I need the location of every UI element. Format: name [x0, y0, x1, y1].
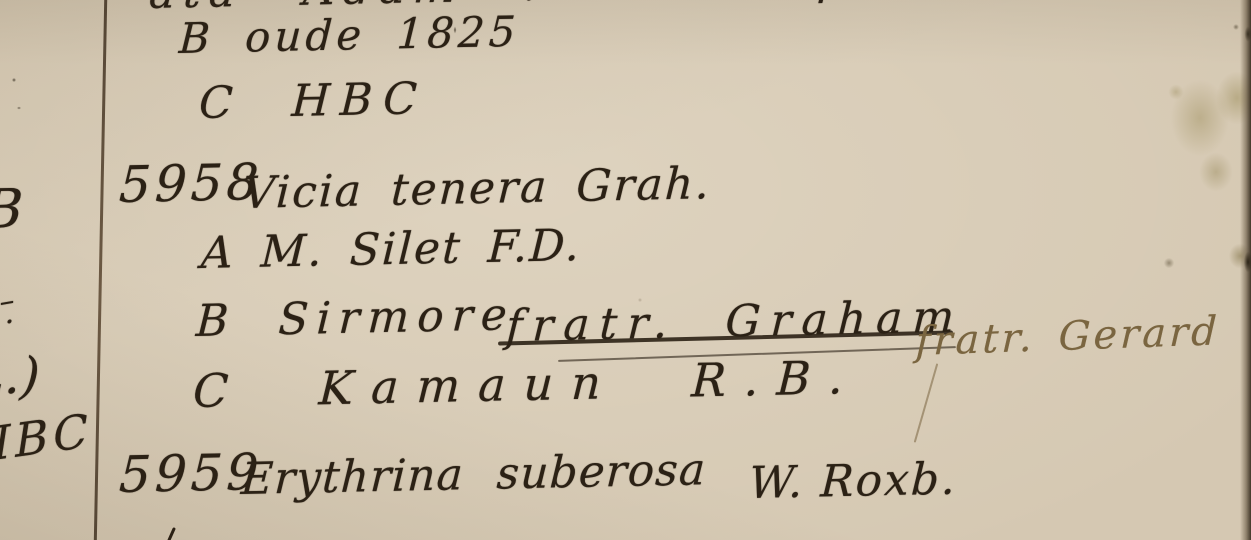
clipped-next-line-stroke	[167, 527, 176, 540]
stray-pen-stroke	[914, 363, 939, 442]
page-edge-shadow	[1240, 0, 1251, 540]
margin-rule-line	[94, 0, 107, 540]
manuscript-page: B – · L.) HBC ata Adam . ex Clipens B ou…	[0, 0, 1251, 540]
entry-5958-location-c: C Kamaun R.B.	[192, 354, 862, 414]
annotation-c-hbc: C HBC	[198, 77, 428, 126]
margin-mark-hbc-monogram: HBC	[0, 407, 93, 470]
margin-mark-dot: ·	[4, 308, 15, 338]
entry-name-5959: Erythrina suberosa	[240, 448, 707, 502]
margin-mark-b: B	[0, 182, 24, 237]
entry-name-5958: Vicia tenera Grah.	[242, 162, 712, 216]
margin-mark-l: L.)	[0, 351, 41, 402]
annotation-oude-1825: B oude 1825	[178, 11, 521, 60]
entry-5958-location-b: B Sirmore	[195, 293, 516, 344]
entry-authority-5959: W. Roxb.	[748, 458, 958, 506]
entry-5958-correction-text: fratr. Gerard	[915, 311, 1221, 362]
entry-5958-location-a: A M. Silet F.D.	[200, 224, 582, 276]
